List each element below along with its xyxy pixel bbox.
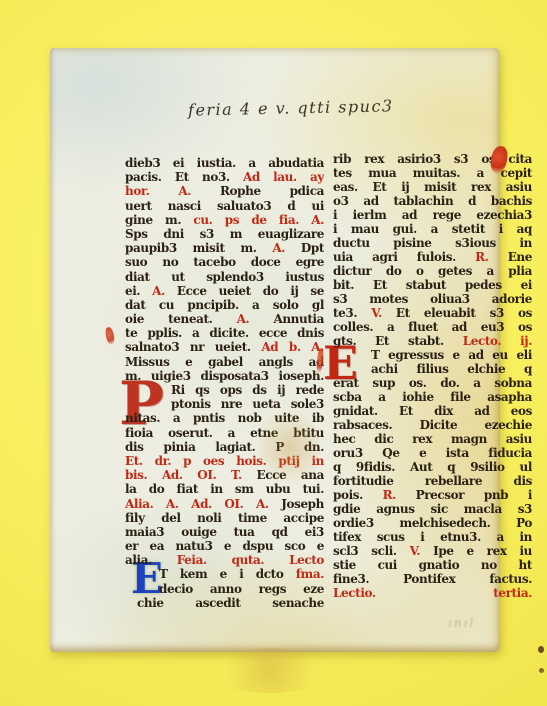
text-line: maia3 ouige tua qd ei3: [125, 525, 324, 540]
text-segment: uia agri fulois.: [333, 250, 475, 265]
text-segment: q 9fidis. Aut q 9silio ul: [333, 460, 532, 475]
text-column-left: P E dieb3 ei iustia. a abudatiapacis. Et…: [125, 156, 324, 610]
parchment-stain: [260, 403, 320, 493]
photo-background: feria 4 e v. qtti spuc3 P E dieb3 ei ius…: [0, 0, 547, 706]
text-segment: Precsor pnb i: [416, 488, 532, 503]
text-segment: ductu pisine s3ious in: [333, 236, 532, 251]
text-line: achi filius elchie q: [333, 362, 532, 377]
text-line: i ierlm ad rege ezechia3: [333, 208, 532, 223]
text-segment: te3.: [333, 306, 371, 321]
text-segment: fine3. Pontifex factus.: [333, 572, 532, 587]
text-segment: salnato3 nr ueiet.: [125, 340, 261, 355]
text-line: gts. Et stabt. Lecto. ij.: [333, 334, 532, 349]
text-line: decio anno regs eze: [125, 581, 324, 596]
text-line: salnato3 nr ueiet. Ad b. A.: [125, 340, 324, 355]
text-line: erat sup os. do. a sobna: [333, 376, 532, 391]
text-segment: A.: [272, 241, 301, 256]
text-line: fortitudie rebellare dis: [333, 474, 532, 489]
text-line: hec dic rex magn asiu: [333, 432, 532, 447]
text-segment: decio anno regs eze: [159, 581, 324, 596]
text-line: dictur do o getes a plia: [333, 264, 532, 279]
text-segment: gdie agnus sic macla s3: [333, 502, 532, 517]
text-segment: Dpt: [301, 241, 324, 256]
text-segment: gine m.: [125, 212, 193, 227]
text-line: scba a iohie file asapha: [333, 390, 532, 405]
text-segment: uert nasci saluato3 d ui: [125, 198, 324, 213]
text-segment: A.: [152, 283, 177, 298]
text-segment: colles. a fluet ad eu3 os: [333, 320, 532, 335]
text-line: stie cui gnatio no ht: [333, 558, 532, 573]
text-segment: rabsaces. Dicite ezechie: [333, 418, 532, 433]
text-line: Missus e gabel angls ad: [125, 354, 324, 369]
text-line: er ea natu3 e dspu sco e: [125, 539, 324, 554]
manuscript-leaf: feria 4 e v. qtti spuc3 P E dieb3 ei ius…: [50, 48, 500, 652]
text-line: bit. Et stabut pedes ei: [333, 278, 532, 293]
text-segment: R.: [383, 488, 416, 503]
text-segment: bis. Ad. OI. T.: [125, 468, 256, 483]
text-segment: T kem e i dcto: [159, 567, 296, 582]
edge-speck: [539, 668, 544, 673]
text-segment: dieb3 ei iustia. a abudatia: [125, 156, 324, 171]
text-line: oie teneat. A. Annutia: [125, 312, 324, 327]
text-line: T egressus e ad eu eli: [333, 348, 532, 363]
text-line: gnidat. Et dix ad eos: [333, 404, 532, 419]
text-segment: scl3 scli.: [333, 544, 410, 559]
text-line: q 9fidis. Aut q 9silio ul: [333, 460, 532, 475]
text-segment: paupib3 misit m.: [125, 241, 272, 256]
text-segment: Feia. quta. Lecto: [177, 553, 324, 568]
text-segment: fma.: [296, 567, 324, 582]
text-segment: dat cu pncipib. a solo gl: [125, 298, 324, 313]
text-line: fine3. Pontifex factus.: [333, 572, 532, 587]
text-segment: cu. ps de fia. A.: [193, 212, 324, 227]
text-line: alia. Feia. quta. Lecto: [125, 553, 324, 568]
text-line: ductu pisine s3ious in: [333, 236, 532, 251]
text-line: colles. a fluet ad eu3 os: [333, 320, 532, 335]
text-line: Sps dni s3 m euaglizare: [125, 227, 324, 242]
text-segment: R.: [475, 250, 508, 265]
text-segment: fortitudie rebellare dis: [333, 474, 532, 489]
text-line: Lectio. tertia.: [333, 586, 532, 601]
text-line: chie ascedit senache: [125, 596, 324, 611]
text-segment: te pplis. a dicite. ecce dnis: [125, 326, 324, 341]
text-segment: tifex scus i etnu3. a in: [333, 530, 532, 545]
text-line: tifex scus i etnu3. a in: [333, 530, 532, 545]
text-segment: Sps dni s3 m euaglizare: [125, 227, 324, 242]
text-segment: oru3 Qe e ista fiducia: [333, 446, 532, 461]
text-line: oru3 Qe e ista fiducia: [333, 446, 532, 461]
text-line: dat cu pncipib. a solo gl: [125, 298, 324, 313]
text-segment: Rophe pdica: [220, 184, 324, 199]
text-line: scl3 scli. V. Ipe e rex iu: [333, 544, 532, 559]
text-segment: gts. Et stabt.: [333, 334, 463, 349]
text-line: gine m. cu. ps de fia. A.: [125, 212, 324, 227]
text-segment: eas. Et ij misit rex asiu: [333, 180, 532, 195]
text-segment: diat ut splendo3 iustus: [125, 269, 324, 284]
text-segment: m. uigie3 disposata3 ioseph.: [125, 369, 324, 384]
text-line: pacis. Et no3. Ad lau. ay: [125, 170, 324, 185]
text-line: te pplis. a dicite. ecce dnis: [125, 326, 324, 341]
text-line: rabsaces. Dicite ezechie: [333, 418, 532, 433]
text-segment: suo no tacebo doce egre: [125, 255, 324, 270]
text-line: fily del noli time accipe: [125, 510, 324, 525]
text-segment: chie ascedit senache: [137, 596, 324, 611]
text-line: diat ut splendo3 iustus: [125, 269, 324, 284]
text-segment: Lecto. ij.: [463, 334, 532, 349]
text-line: eas. Et ij misit rex asiu: [333, 180, 532, 195]
text-segment: s3 motes oliua3 adorie: [333, 292, 532, 307]
text-segment: Ad lau. ay: [243, 170, 324, 185]
text-segment: V.: [371, 306, 396, 321]
text-segment: oie teneat.: [125, 312, 237, 327]
text-segment: Lectio. tertia.: [333, 586, 532, 601]
text-segment: i ierlm ad rege ezechia3: [333, 208, 532, 223]
text-line: uert nasci saluato3 d ui: [125, 198, 324, 213]
text-segment: A.: [237, 312, 274, 327]
text-line: suo no tacebo doce egre: [125, 255, 324, 270]
text-line: uia agri fulois. R. Ene: [333, 250, 532, 265]
text-segment: bit. Et stabut pedes ei: [333, 278, 532, 293]
text-line: Ri qs ops ds ij rede: [125, 383, 324, 398]
text-segment: Ecce ueiet do ij se: [177, 283, 324, 298]
text-segment: ordie3 melchisedech. Po: [333, 516, 532, 531]
text-segment: Ri qs ops ds ij rede: [171, 383, 324, 398]
text-segment: fily del noli time accipe: [125, 510, 324, 525]
text-line: gdie agnus sic macla s3: [333, 502, 532, 517]
text-segment: achi filius elchie q: [371, 362, 532, 377]
edge-speck: [538, 646, 544, 653]
text-line: ei. A. Ecce ueiet do ij se: [125, 283, 324, 298]
text-segment: alia.: [125, 553, 177, 568]
text-segment: Ene: [508, 250, 532, 265]
text-segment: pacis. Et no3.: [125, 170, 243, 185]
text-segment: V.: [410, 544, 434, 559]
parchment-stain: [210, 648, 330, 693]
text-line: te3. V. Et eleuabit s3 os: [333, 306, 532, 321]
text-segment: Ad b. A.: [261, 340, 324, 355]
text-segment: dictur do o getes a plia: [333, 264, 532, 279]
text-segment: ei.: [125, 283, 152, 298]
text-segment: maia3 ouige tua qd ei3: [125, 525, 324, 540]
text-line: Alia. A. Ad. OI. A. Joseph: [125, 496, 324, 511]
text-segment: pois.: [333, 488, 383, 503]
text-line: i mau gui. a stetit i aq: [333, 222, 532, 237]
text-segment: Missus e gabel angls ad: [125, 354, 324, 369]
text-segment: Et eleuabit s3 os: [396, 306, 532, 321]
text-segment: erat sup os. do. a sobna: [333, 376, 532, 391]
text-segment: er ea natu3 e dspu sco e: [125, 539, 324, 554]
text-segment: stie cui gnatio no ht: [333, 558, 532, 573]
text-column-right: E rib rex asirio3 s3 os citates mua muit…: [333, 152, 532, 600]
text-segment: T egressus e ad eu eli: [371, 348, 532, 363]
text-segment: Joseph: [281, 496, 324, 511]
text-line: pois. R. Precsor pnb i: [333, 488, 532, 503]
text-line: T kem e i dcto fma.: [125, 567, 324, 582]
faded-inscription: ınıl: [448, 616, 538, 630]
text-line: s3 motes oliua3 adorie: [333, 292, 532, 307]
text-line: paupib3 misit m. A. Dpt: [125, 241, 324, 256]
text-line: o3 ad tablachin d bachis: [333, 194, 532, 209]
text-line: m. uigie3 disposata3 ioseph.: [125, 369, 324, 384]
red-margin-mark: [104, 326, 116, 345]
text-line: dieb3 ei iustia. a abudatia: [125, 156, 324, 171]
text-segment: Alia. A. Ad. OI. A.: [125, 496, 281, 511]
text-segment: hor. A.: [125, 184, 220, 199]
text-line: ordie3 melchisedech. Po: [333, 516, 532, 531]
text-segment: gnidat. Et dix ad eos: [333, 404, 532, 419]
top-inscription: feria 4 e v. qtti spuc3: [188, 95, 438, 119]
text-segment: scba a iohie file asapha: [333, 390, 532, 405]
text-segment: hec dic rex magn asiu: [333, 432, 532, 447]
text-segment: i mau gui. a stetit i aq: [333, 222, 532, 237]
text-line: hor. A. Rophe pdica: [125, 184, 324, 199]
text-segment: Ipe e rex iu: [433, 544, 532, 559]
text-segment: o3 ad tablachin d bachis: [333, 194, 532, 209]
text-segment: Annutia: [273, 312, 324, 327]
